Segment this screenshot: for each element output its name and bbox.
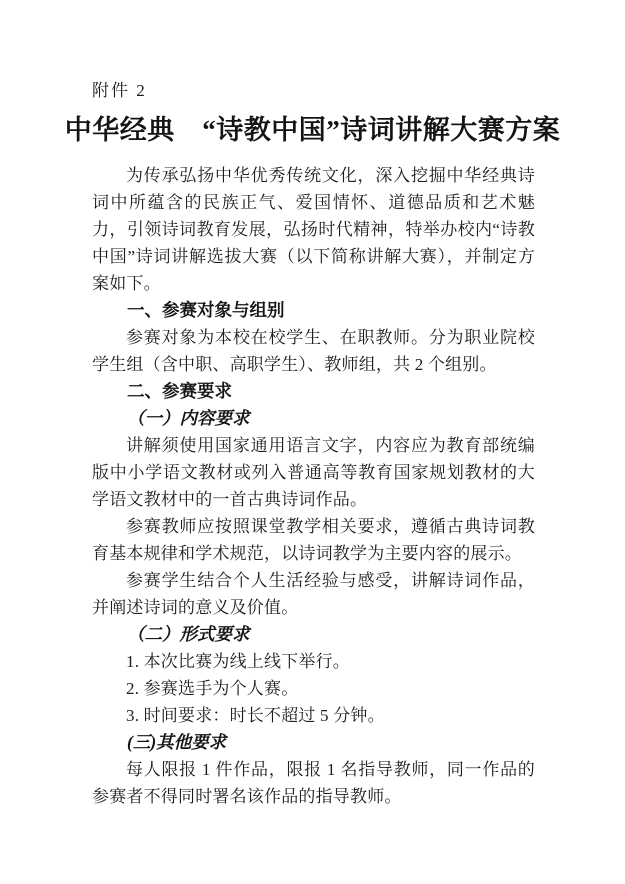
document-page: 附件 2 中华经典 “诗教中国”诗词讲解大赛方案 为传承弘扬中华优秀传统文化，深… [0,0,625,884]
list-item-format-2: 2. 参赛选手为个人赛。 [92,675,535,702]
heading-sub-2-format-requirements: （二）形式要求 [92,621,535,648]
document-body: 为传承弘扬中华优秀传统文化，深入挖掘中华经典诗词中所蕴含的民族正气、爱国情怀、道… [92,162,535,810]
paragraph-other-requirements: 每人限报 1 件作品，限报 1 名指导教师，同一作品的参赛者不得同时署名该作品的… [92,756,535,810]
list-item-format-1: 1. 本次比赛为线上线下举行。 [92,648,535,675]
paragraph-participants-groups: 参赛对象为本校在校学生、在职教师。分为职业院校学生组（含中职、高职学生）、教师组… [92,324,535,378]
document-title: 中华经典 “诗教中国”诗词讲解大赛方案 [40,113,585,147]
paragraph-intro: 为传承弘扬中华优秀传统文化，深入挖掘中华经典诗词中所蕴含的民族正气、爱国情怀、道… [92,162,535,297]
heading-section-2-requirements: 二、参赛要求 [92,378,535,405]
paragraph-content-requirement-language: 讲解须使用国家通用语言文字，内容应为教育部统编版中小学语文教材或列入普通高等教育… [92,432,535,513]
paragraph-content-requirement-teachers: 参赛教师应按照课堂教学相关要求，遵循古典诗词教育基本规律和学术规范，以诗词教学为… [92,513,535,567]
heading-sub-1-content-requirements: （一）内容要求 [92,405,535,432]
paragraph-content-requirement-students: 参赛学生结合个人生活经验与感受，讲解诗词作品，并阐述诗词的意义及价值。 [92,567,535,621]
list-item-format-3: 3. 时间要求：时长不超过 5 分钟。 [92,702,535,729]
heading-section-1-participants: 一、参赛对象与组别 [92,297,535,324]
heading-sub-3-other-requirements: (三)其他要求 [92,729,535,756]
attachment-label: 附件 2 [92,82,625,100]
